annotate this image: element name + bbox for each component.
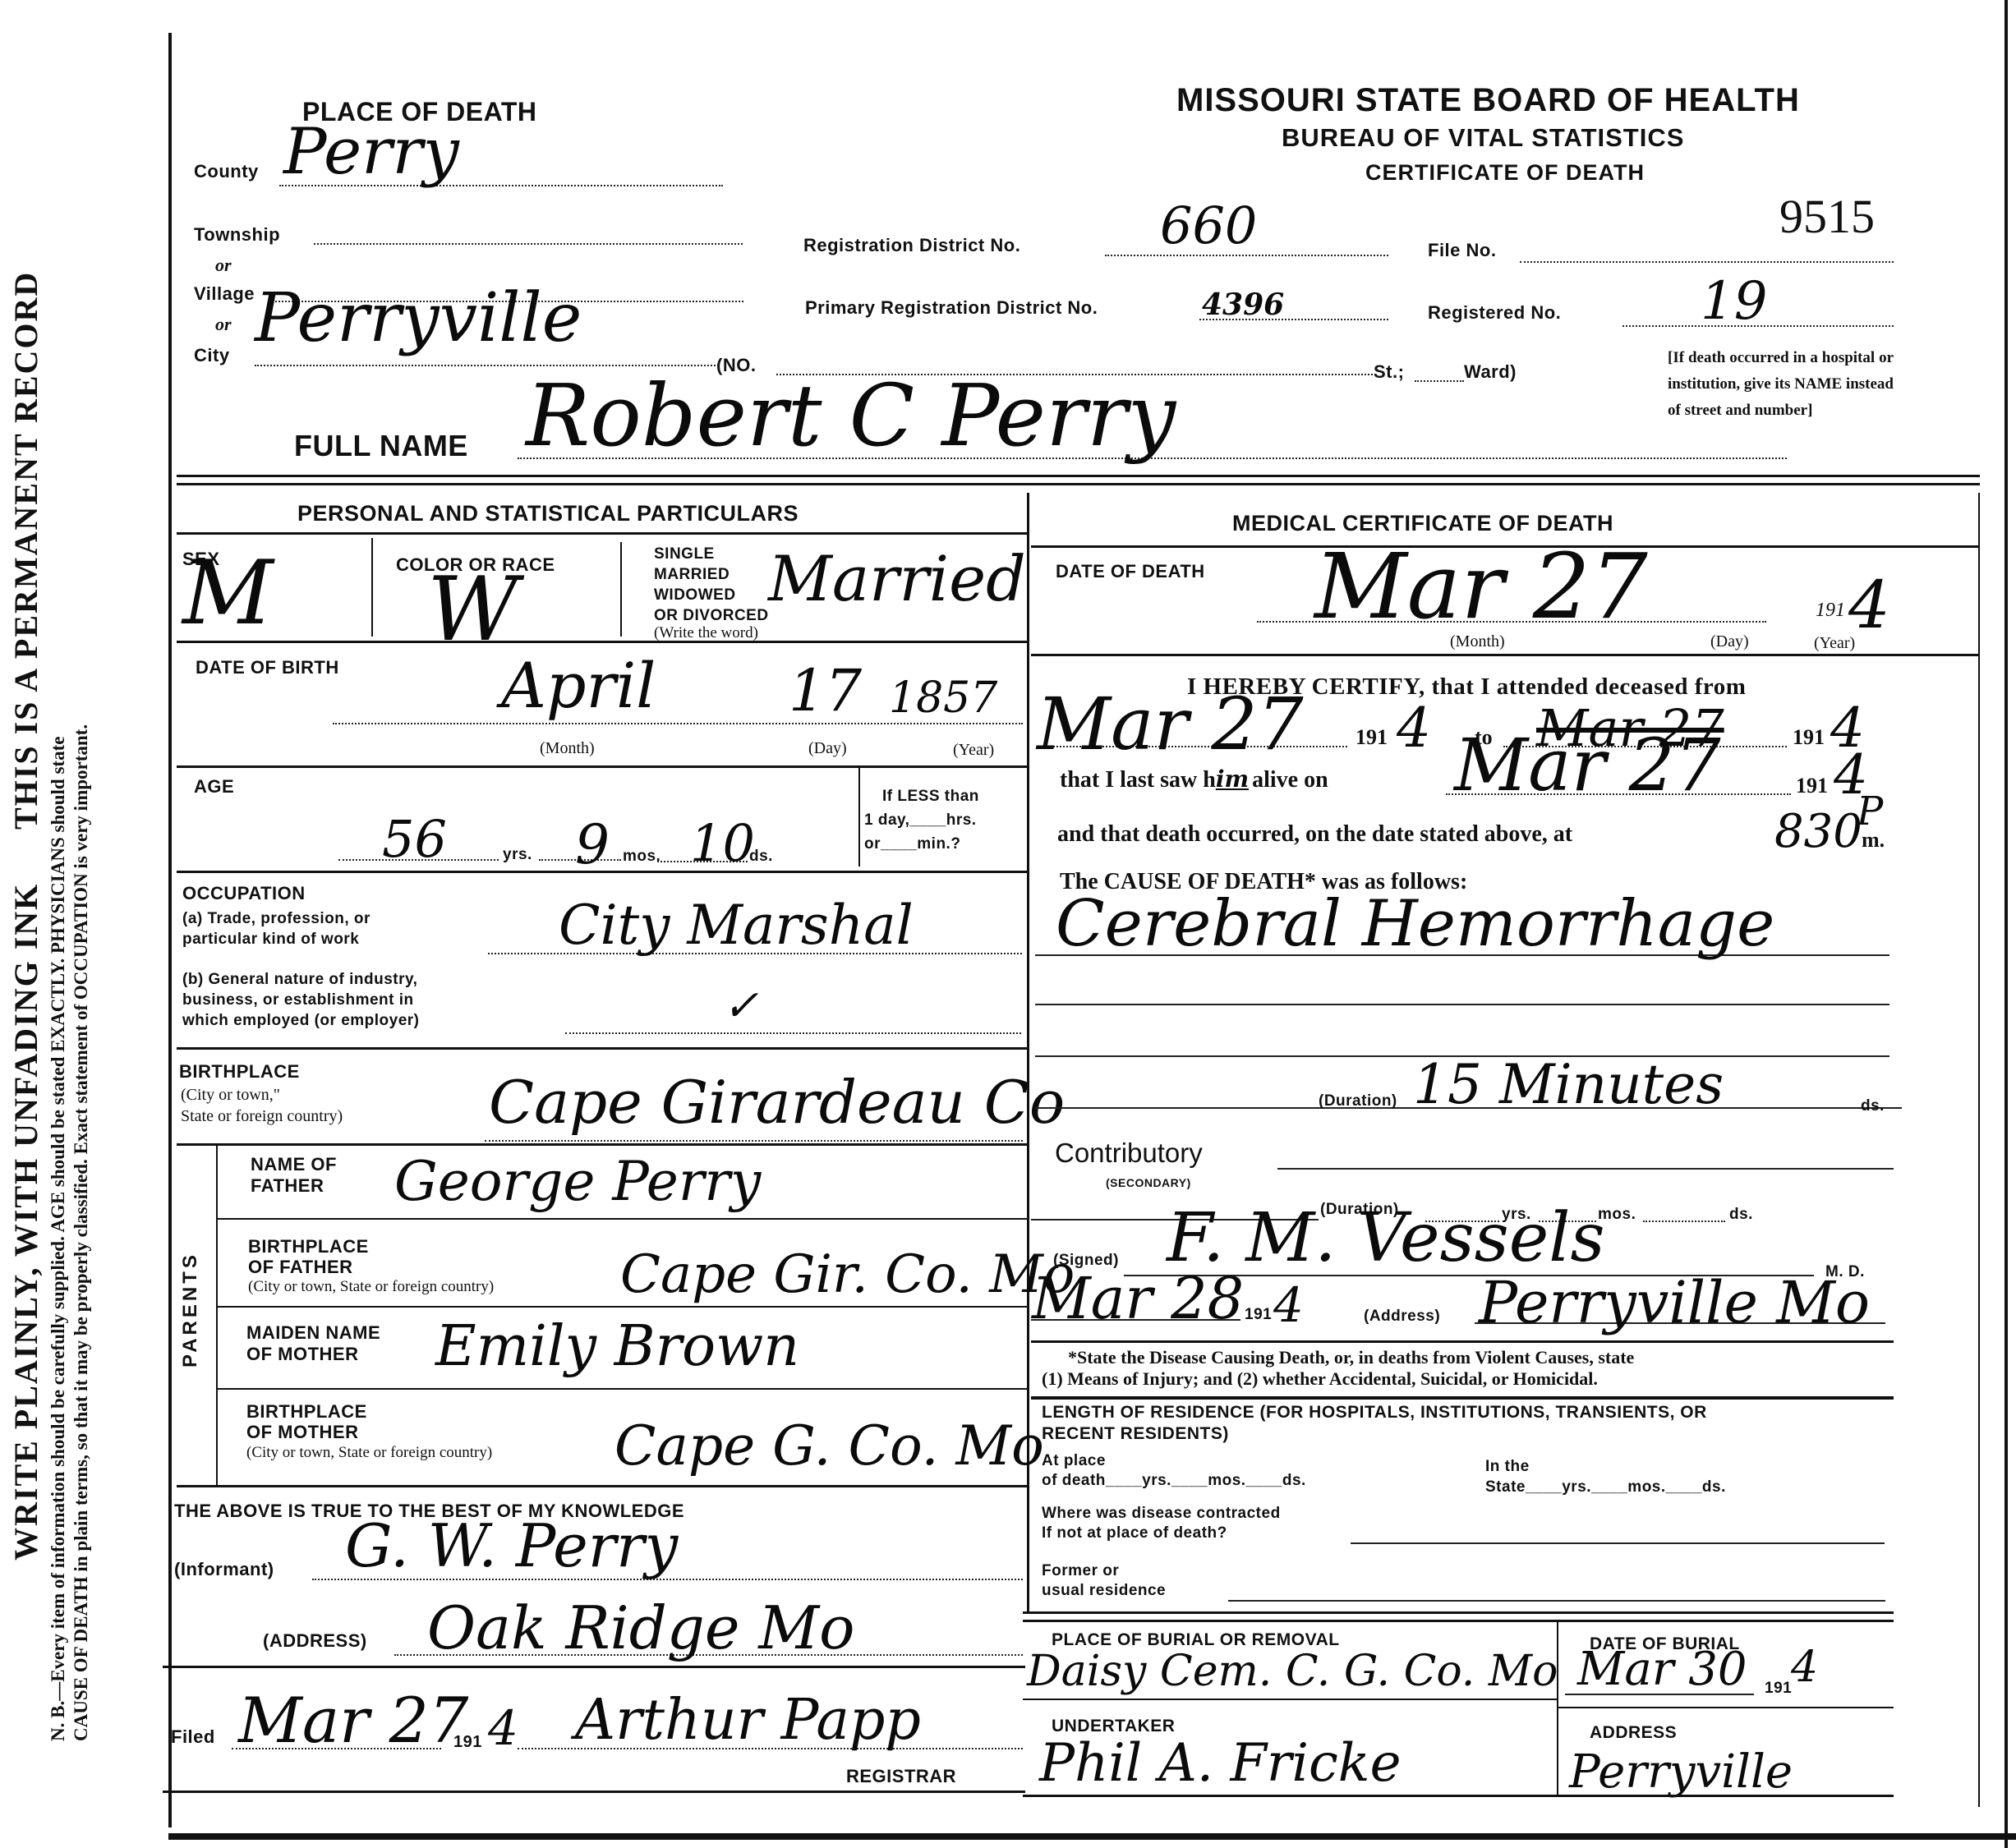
burial-year-prefix: 191 — [1765, 1680, 1792, 1698]
occupation-b-line3: which employed (or employer) — [182, 1010, 420, 1031]
mother-bp-label1: BIRTHPLACE — [246, 1401, 367, 1422]
contributory-ds-label: ds. — [1729, 1206, 1753, 1224]
mother-bp-label: BIRTHPLACE OF MOTHER — [246, 1401, 367, 1442]
doctor-address-value[interactable]: Perryville Mo — [1479, 1269, 1870, 1336]
father-name-value[interactable]: George Perry — [394, 1150, 761, 1213]
cause-duration-label: (Duration) — [1319, 1092, 1397, 1110]
registrar-signature[interactable]: Arthur Papp — [575, 1688, 921, 1753]
dod-year-caption: (Year) — [1814, 634, 1855, 653]
mother-name-label: MAIDEN NAME OF MOTHER — [246, 1322, 380, 1365]
board-title: MISSOURI STATE BOARD OF HEALTH — [1176, 82, 1800, 119]
occupation-b-line — [565, 1032, 1021, 1034]
parents-bottom-rule — [177, 1485, 1027, 1487]
township-label: Township — [194, 224, 280, 246]
undertaker-value[interactable]: Phil A. Fricke — [1039, 1733, 1401, 1794]
occupation-title: OCCUPATION — [182, 883, 306, 904]
residence-title-line2: RECENT RESIDENTS) — [1042, 1424, 1229, 1444]
father-name-label2: FATHER — [251, 1175, 337, 1197]
last-saw-pronoun[interactable]: im — [1216, 765, 1249, 793]
contributory-ds-line — [1643, 1221, 1725, 1222]
dod-day-caption: (Day) — [1710, 632, 1749, 651]
age-days-value[interactable]: 10 — [690, 813, 755, 873]
marital-widowed: WIDOWED — [654, 585, 769, 605]
primary-district-label: Primary Registration District No. — [805, 297, 1098, 319]
age-months-value[interactable]: 9 — [575, 813, 610, 876]
alive-on-text: alive on — [1252, 767, 1328, 793]
attended-from-year-prefix: 191 — [1356, 725, 1388, 750]
informant-label: (Informant) — [174, 1559, 274, 1580]
marital-options: SINGLE MARRIED WIDOWED OR DIVORCED — [654, 544, 769, 626]
mother-bp-label3: (City or town, State or foreign country) — [246, 1444, 492, 1462]
signed-date-value[interactable]: Mar 28 — [1032, 1265, 1244, 1332]
father-bp-label3: (City or town, State or foreign country) — [248, 1278, 494, 1296]
dod-month-caption: (Month) — [1450, 632, 1505, 651]
dob-month-caption: (Month) — [540, 739, 595, 758]
attended-from-year[interactable]: 4 — [1397, 696, 1431, 760]
father-name-label: NAME OF FATHER — [251, 1154, 337, 1197]
contributory-line — [1277, 1168, 1894, 1170]
marital-single: SINGLE — [654, 544, 769, 564]
father-bp-label1: BIRTHPLACE — [248, 1236, 369, 1257]
color-divider — [620, 542, 622, 637]
nb-note-line1: N. B.—Every item of information should b… — [48, 737, 69, 1741]
county-label: County — [194, 161, 259, 182]
contracted-line — [1351, 1542, 1885, 1544]
burial-place-value[interactable]: Daisy Cem. C. G. Co. Mo — [1027, 1647, 1558, 1696]
ward-label: Ward) — [1464, 361, 1517, 383]
age-mos-label: mos. — [623, 848, 660, 866]
dob-label: DATE OF BIRTH — [196, 657, 339, 678]
birthplace-sub1: (City or town," — [181, 1086, 280, 1105]
nb-note-line2: CAUSE OF DEATH in plain terms, so that i… — [71, 724, 92, 1741]
last-saw-text: that I last saw h — [1060, 767, 1216, 793]
occupation-a-label: (a) Trade, profession, or particular kin… — [182, 908, 371, 949]
right-edge — [2004, 0, 2008, 1848]
dob-line — [333, 723, 1023, 724]
attended-from-value[interactable]: Mar 27 — [1037, 682, 1304, 766]
personal-section-title: PERSONAL AND STATISTICAL PARTICULARS — [297, 501, 799, 526]
marital-value[interactable]: Married — [768, 542, 1026, 615]
former-residence-line1: Former or — [1042, 1562, 1119, 1580]
dob-year-caption: (Year) — [953, 741, 994, 760]
doctor-address-label: (Address) — [1364, 1308, 1440, 1326]
permanent-record-note: THIS IS A PERMANENT RECORD — [7, 271, 45, 830]
father-bp-label2: OF FATHER — [248, 1257, 369, 1277]
file-no-line — [1520, 261, 1894, 263]
mother-name-value[interactable]: Emily Brown — [435, 1314, 799, 1379]
age-divider — [858, 768, 860, 867]
right-border-lower — [1978, 493, 1980, 1807]
undertaker-address-value[interactable]: Perryville — [1569, 1745, 1793, 1799]
less-than-line3: or____min.? — [864, 832, 979, 856]
informant-bottom-rule — [163, 1666, 1025, 1668]
city-value[interactable]: Perryville — [255, 279, 582, 357]
date-of-death-value[interactable]: Mar 27 — [1314, 534, 1648, 639]
footnote-line1: *State the Disease Causing Death, or, in… — [1068, 1347, 1634, 1368]
burial-date-value[interactable]: Mar 30 — [1577, 1643, 1747, 1696]
birthplace-title: BIRTHPLACE — [179, 1061, 300, 1083]
filed-date-value[interactable]: Mar 27 — [238, 1684, 468, 1757]
father-bp-label: BIRTHPLACE OF FATHER — [248, 1236, 369, 1277]
filed-year-prefix: 191 — [453, 1733, 482, 1752]
form-left-border — [168, 33, 172, 1827]
filed-bottom-rule — [163, 1791, 1025, 1793]
contributory-label: Contributory — [1055, 1138, 1203, 1169]
cause-duration-value[interactable]: 15 Minutes — [1413, 1053, 1724, 1116]
mother-bp-label2: OF MOTHER — [246, 1422, 367, 1442]
informant-address-value[interactable]: Oak Ridge Mo — [427, 1593, 854, 1662]
full-name-label: FULL NAME — [294, 429, 468, 463]
occupation-b-line2: business, or establishment in — [182, 990, 420, 1010]
parents-divider — [216, 1143, 218, 1487]
color-value[interactable]: W — [427, 559, 518, 661]
mother-name-label2: OF MOTHER — [246, 1344, 380, 1365]
in-state-line1: In the — [1485, 1458, 1530, 1476]
city-label: City — [194, 345, 230, 366]
left-margin: THIS IS A PERMANENT RECORD WRITE PLAINLY… — [0, 0, 164, 1848]
age-years-value[interactable]: 56 — [382, 809, 447, 869]
residence-title-line1: LENGTH OF RESIDENCE (FOR HOSPITALS, INST… — [1042, 1403, 1707, 1423]
hospital-note: [If death occurred in a hospital or inst… — [1668, 345, 1894, 424]
age-row-rule — [177, 871, 1027, 873]
occupation-b-value[interactable]: ✓ — [723, 981, 759, 1031]
age-ds-label: ds. — [749, 848, 773, 866]
informant-value[interactable]: G. W. Perry — [345, 1511, 678, 1580]
cause-duration-ds-label: ds. — [1861, 1097, 1885, 1115]
signed-year-suffix[interactable]: 4 — [1273, 1277, 1304, 1333]
registered-no-value[interactable]: 19 — [1701, 271, 1767, 332]
last-saw-date-value[interactable]: Mar 27 — [1454, 723, 1721, 807]
death-occurred-label: and that death occurred, on the date sta… — [1057, 821, 1572, 848]
or-label-2: or — [215, 314, 232, 335]
burial-year-suffix[interactable]: 4 — [1791, 1643, 1818, 1692]
former-residence-line — [1228, 1600, 1885, 1602]
residence-bottom-rule-1 — [1023, 1611, 1894, 1614]
bureau-title: BUREAU OF VITAL STATISTICS — [1282, 123, 1684, 153]
filed-label: Filed — [171, 1726, 215, 1748]
dob-month-value[interactable]: April — [501, 649, 656, 722]
dob-day-value[interactable]: 17 — [789, 657, 862, 724]
county-value[interactable]: Perry — [283, 115, 459, 189]
last-saw-label: that I last saw himalive on — [1060, 765, 1328, 793]
date-of-death-year-prefix: 191 — [1816, 600, 1845, 622]
mother-name-label1: MAIDEN NAME — [246, 1322, 380, 1344]
occupation-b-label: (b) General nature of industry, business… — [182, 969, 420, 1031]
undertaker-address-label: ADDRESS — [1590, 1723, 1677, 1743]
informant-address-label: (ADDRESS) — [263, 1630, 367, 1652]
sex-row-rule — [177, 641, 1027, 643]
secondary-label: (SECONDARY) — [1106, 1176, 1191, 1189]
occupation-a-value[interactable]: City Marshal — [559, 894, 914, 957]
time-m-label: m. — [1862, 828, 1885, 853]
cause-value[interactable]: Cerebral Hemorrhage — [1056, 887, 1774, 961]
occupation-a-line1: (a) Trade, profession, or — [182, 908, 371, 929]
sex-value[interactable]: M — [182, 542, 274, 645]
time-of-death-value[interactable]: 830 — [1774, 805, 1862, 858]
less-than-note: If LESS than 1 day,____hrs. or____min.? — [864, 784, 979, 856]
at-place-line1: At place — [1042, 1452, 1106, 1470]
personal-header-rule — [177, 532, 1027, 535]
marital-divorced: OR DIVORCED — [654, 605, 769, 626]
age-yrs-label: yrs. — [503, 846, 532, 864]
registration-district-label: Registration District No. — [803, 235, 1020, 256]
residence-bottom-rule-2 — [1023, 1620, 1894, 1622]
dod-rule — [1031, 654, 1980, 656]
village-label: Village — [194, 283, 255, 305]
burial-bottom-rule — [1023, 1795, 1894, 1797]
father-bp-rule — [218, 1306, 1027, 1308]
mother-bp-value[interactable]: Cape G. Co. Mo — [614, 1414, 1044, 1478]
medical-section-title: MEDICAL CERTIFICATE OF DEATH — [1232, 511, 1613, 536]
or-label-1: or — [215, 255, 232, 276]
header-double-line-1 — [177, 475, 1980, 477]
full-name-value[interactable]: Robert C Perry — [526, 365, 1176, 466]
contracted-line2: If not at place of death? — [1042, 1524, 1227, 1542]
birthplace-value[interactable]: Cape Girardeau Co — [489, 1068, 1065, 1137]
signed-bottom-rule — [1031, 1340, 1894, 1343]
occupation-row-rule — [177, 1047, 1027, 1050]
burial-date-rule — [1557, 1707, 1894, 1708]
primary-district-value[interactable]: 4396 — [1202, 287, 1284, 322]
header-double-line-2 — [177, 483, 1980, 485]
registration-district-value[interactable]: 660 — [1160, 195, 1257, 255]
bottom-border — [168, 1833, 2016, 1840]
last-saw-year-prefix: 191 — [1796, 774, 1828, 798]
age-label: AGE — [194, 776, 234, 798]
date-of-death-year-suffix[interactable]: 4 — [1848, 567, 1890, 643]
sex-divider — [371, 538, 373, 637]
dob-day-caption: (Day) — [808, 739, 847, 758]
contracted-line1: Where was disease contracted — [1042, 1505, 1281, 1523]
parents-side-label: PARENTS — [179, 1252, 202, 1368]
certificate-title: CERTIFICATE OF DEATH — [1365, 160, 1645, 186]
at-place-line2: of death____yrs.____mos.____ds. — [1042, 1472, 1306, 1490]
occupation-b-line1: (b) General nature of industry, — [182, 969, 420, 990]
file-no-label: File No. — [1428, 240, 1496, 261]
township-line — [314, 243, 743, 245]
unfading-ink-note: WRITE PLAINLY, WITH UNFADING INK — [7, 883, 45, 1561]
ward-line — [1415, 380, 1464, 382]
birthplace-line — [485, 1140, 1023, 1142]
birthplace-row-rule — [177, 1143, 1027, 1146]
occupation-a-line2: particular kind of work — [182, 929, 371, 949]
date-of-death-label: DATE OF DEATH — [1056, 561, 1205, 582]
less-than-line1: If LESS than — [864, 784, 979, 808]
filed-year-suffix[interactable]: 4 — [488, 1700, 518, 1756]
less-than-line2: 1 day,____hrs. — [864, 808, 979, 832]
burial-place-rule — [1023, 1699, 1557, 1700]
cause-line-2 — [1035, 1004, 1889, 1005]
marital-married: MARRIED — [654, 564, 769, 585]
father-name-label1: NAME OF — [251, 1154, 337, 1175]
signed-year-prefix: 191 — [1245, 1306, 1272, 1324]
birthplace-sub2: State or foreign country) — [181, 1107, 343, 1126]
dob-year-value[interactable]: 1857 — [889, 673, 997, 723]
attended-to-year-prefix: 191 — [1793, 725, 1825, 750]
dob-row-rule — [177, 765, 1027, 768]
former-residence-line2: usual residence — [1042, 1582, 1166, 1600]
footnote-rule — [1031, 1396, 1894, 1400]
father-name-rule — [218, 1218, 1027, 1220]
registrar-label: REGISTRAR — [846, 1766, 956, 1787]
street-label: St.; — [1374, 361, 1404, 383]
file-number-stamp: 9515 — [1779, 189, 1875, 244]
in-state-line2: State____yrs.____mos.____ds. — [1485, 1478, 1726, 1496]
father-bp-value[interactable]: Cape Gir. Co. Mo — [620, 1244, 1075, 1305]
marital-note: (Write the word) — [654, 624, 758, 642]
registered-no-label: Registered No. — [1428, 302, 1561, 324]
mother-name-rule — [218, 1388, 1027, 1390]
footnote-line2: (1) Means of Injury; and (2) whether Acc… — [1042, 1368, 1598, 1390]
